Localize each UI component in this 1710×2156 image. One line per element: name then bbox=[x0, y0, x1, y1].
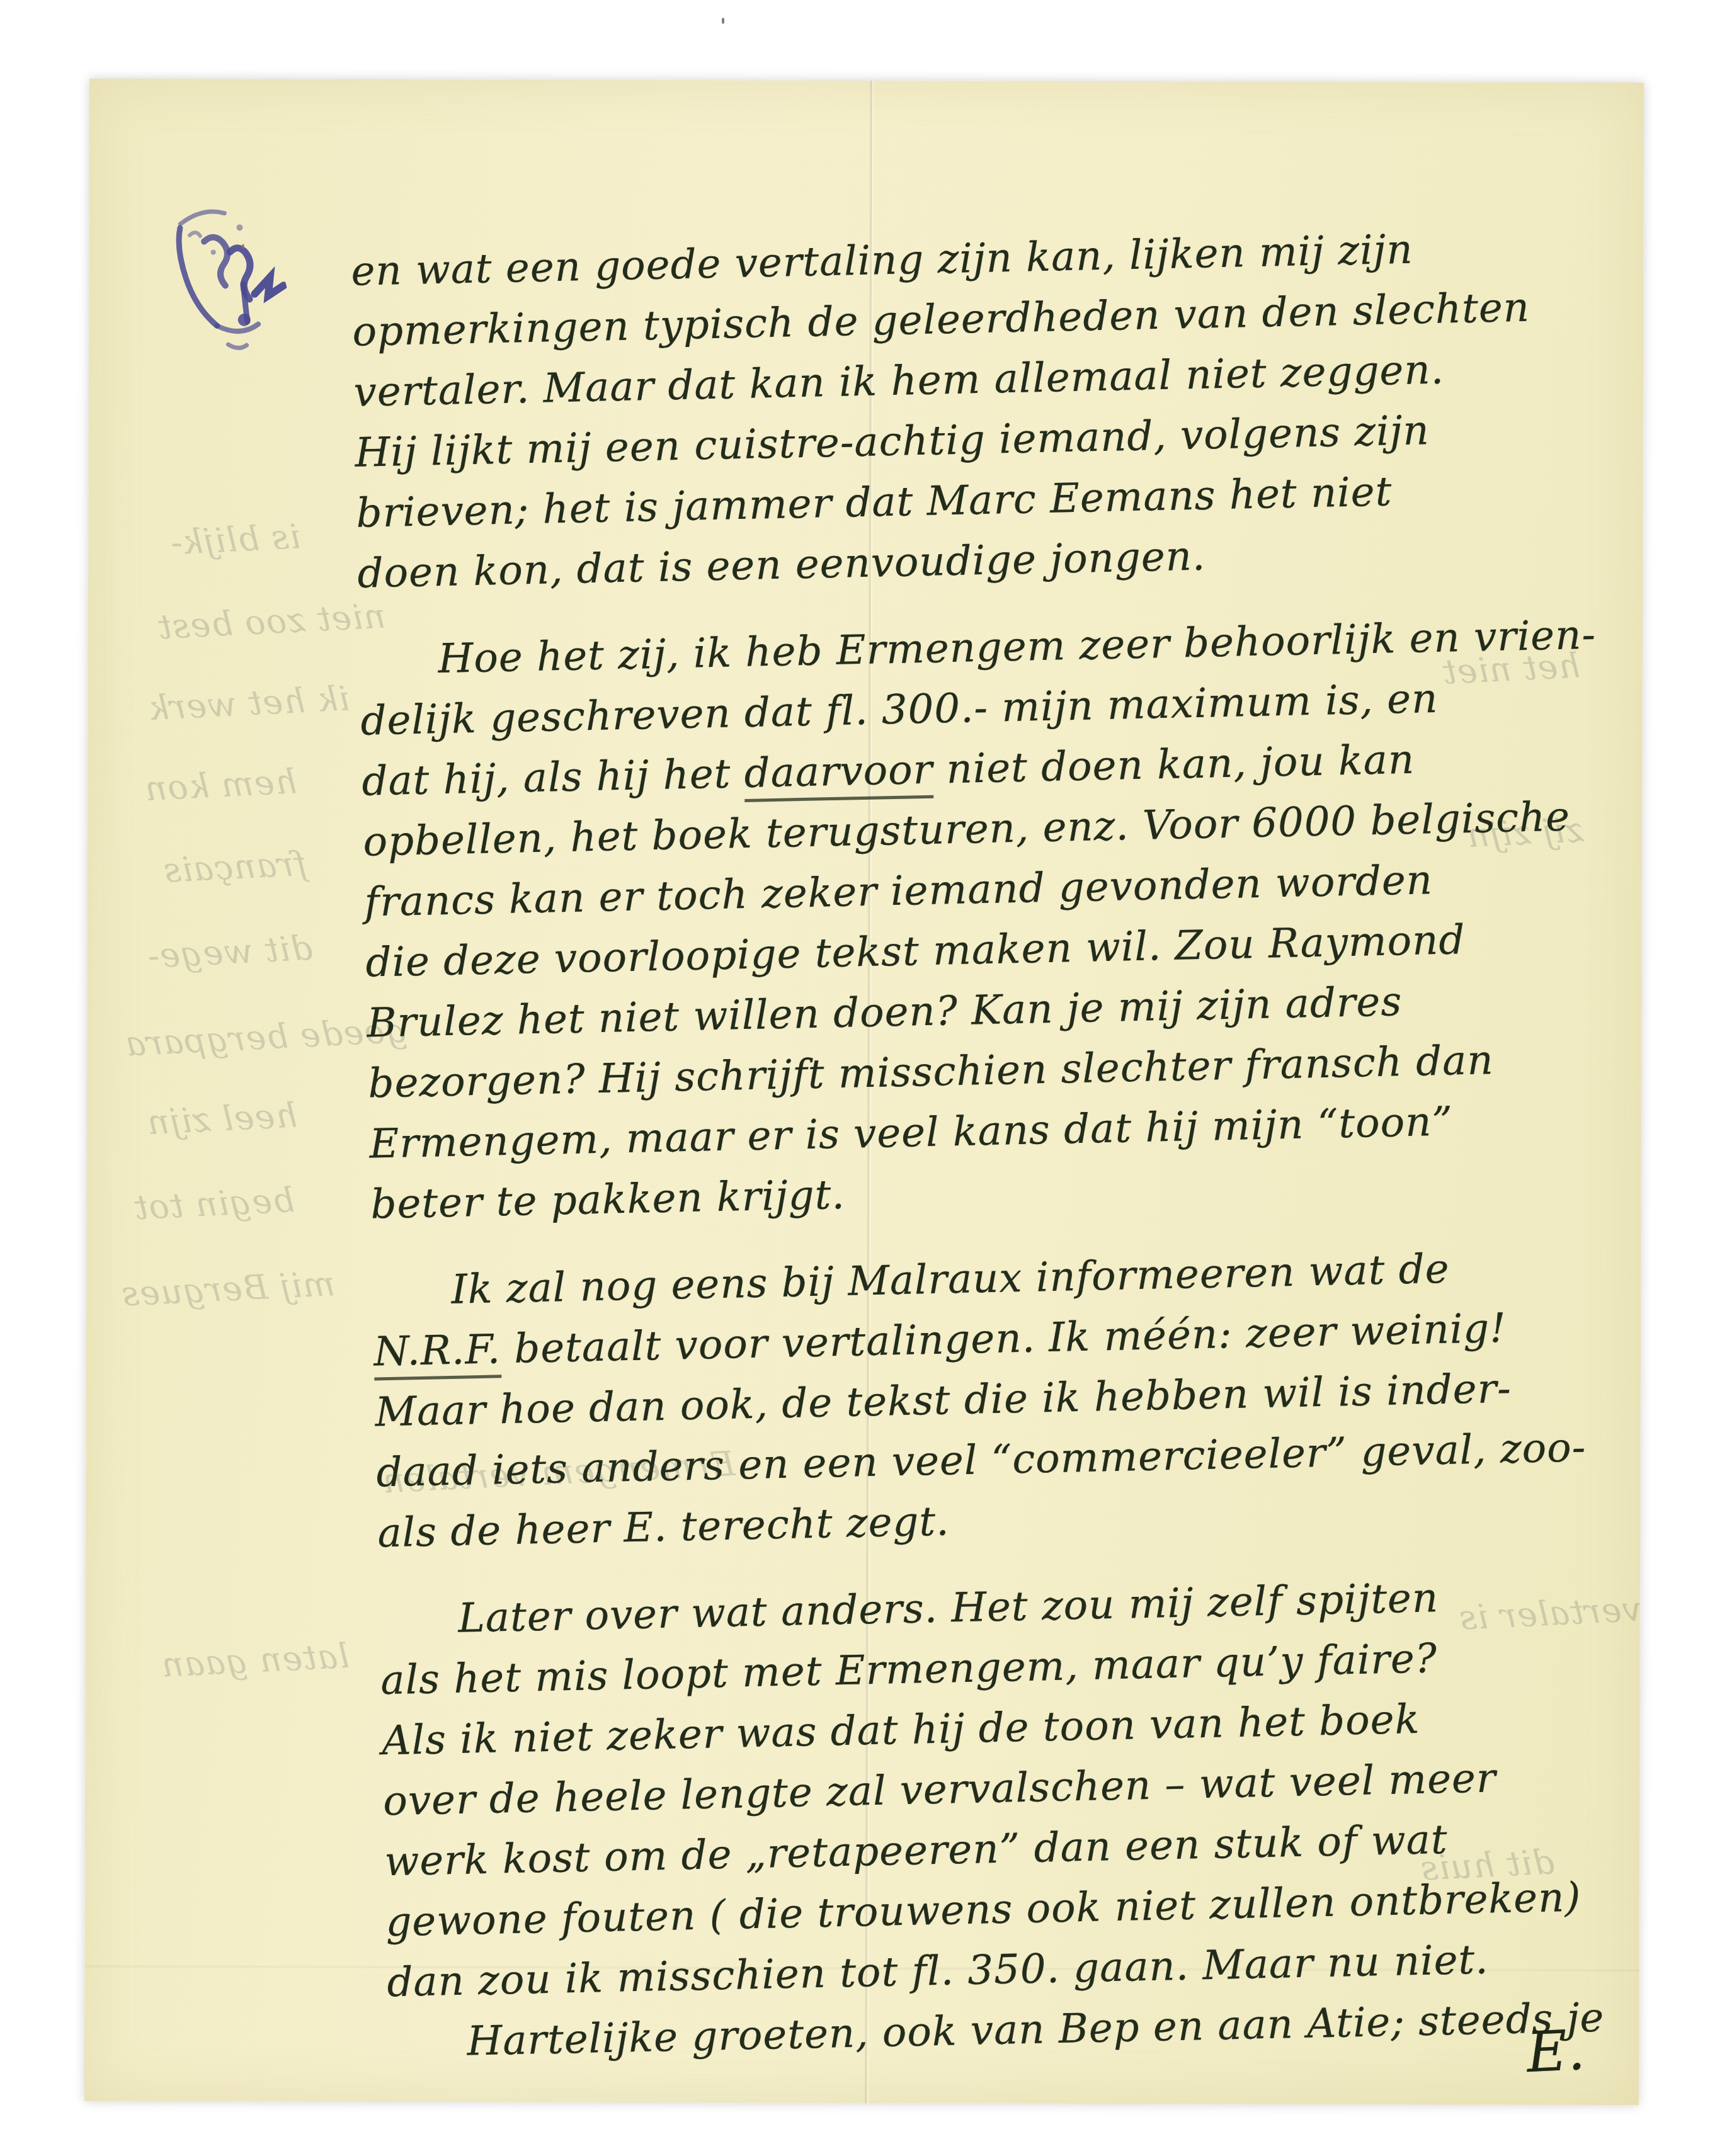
paper-speck bbox=[242, 244, 244, 249]
showthrough-fragment: heel zijn bbox=[145, 1095, 298, 1142]
showthrough-fragment: ik het werk bbox=[147, 679, 350, 729]
paragraph-1: en wat een goede vertaling zijn kan, lij… bbox=[351, 215, 1656, 604]
showthrough-fragment: laten gaan bbox=[160, 1636, 350, 1685]
showthrough-fragment: niet zoo best bbox=[157, 596, 387, 647]
showthrough-fragment: goede bergpara bbox=[124, 1010, 408, 1064]
line-text: dat hij, als hij het bbox=[362, 751, 745, 805]
showthrough-fragment: begin tot bbox=[133, 1180, 295, 1228]
showthrough-fragment: français bbox=[162, 844, 308, 890]
showthrough-fragment: is blijk- bbox=[169, 516, 302, 562]
scanner-dust bbox=[722, 18, 724, 24]
line-text: niet doen kan, jou kan bbox=[932, 737, 1415, 793]
letter-body: en wat een goede vertaling zijn kan, lij… bbox=[351, 215, 1686, 2074]
paragraph-2: Hoe het zij, ik heb Ermengem zeer behoor… bbox=[358, 604, 1668, 1235]
showthrough-fragment: dit wege- bbox=[146, 928, 313, 976]
paragraph-4: Later over wat anders. Het zou mij zelf … bbox=[379, 1563, 1686, 2074]
showthrough-fragment: hem kon bbox=[144, 761, 298, 808]
underlined-word: daarvoor bbox=[744, 747, 933, 802]
showthrough-fragment: mij Bergues bbox=[120, 1264, 336, 1314]
paragraph-3: Ik zal nog eens bij Malraux informeeren … bbox=[372, 1234, 1675, 1563]
letter-page: is blijk- niet zoo best ik het werk hem … bbox=[84, 79, 1644, 2105]
underlined-word: N.R.F. bbox=[373, 1326, 501, 1380]
signature-initial: E. bbox=[1525, 2017, 1587, 2085]
ink-stamp bbox=[157, 182, 304, 385]
